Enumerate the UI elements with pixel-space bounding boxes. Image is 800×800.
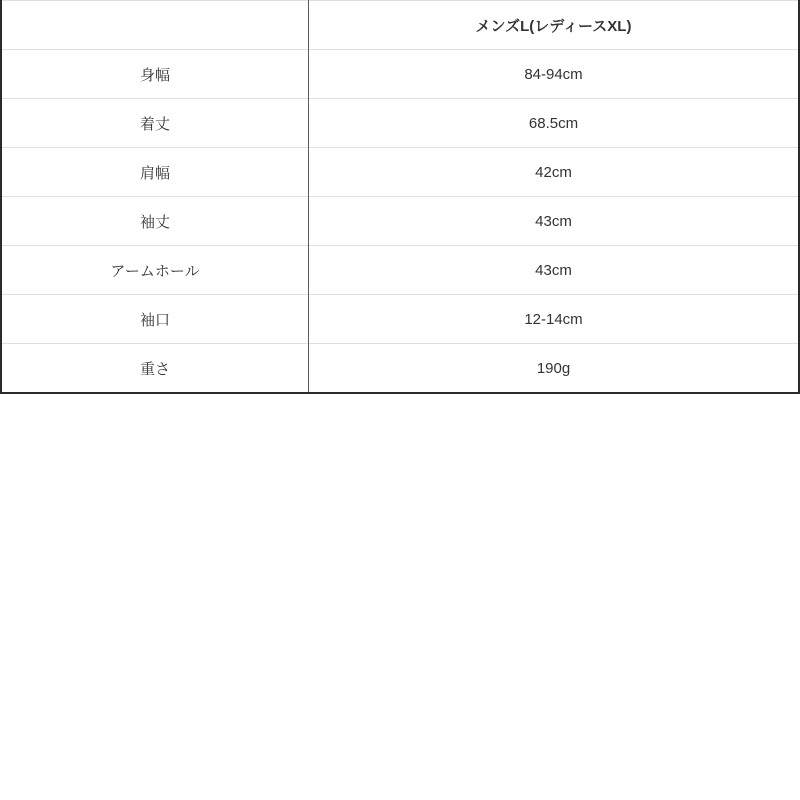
- measurement-label: 着丈: [1, 99, 309, 148]
- measurement-label: 肩幅: [1, 148, 309, 197]
- size-chart-row: 着丈68.5cm: [1, 99, 799, 148]
- measurement-label: 袖口: [1, 295, 309, 344]
- measurement-label: 身幅: [1, 50, 309, 99]
- size-chart-header-row: メンズL(レディースXL): [1, 1, 799, 50]
- measurement-label: 袖丈: [1, 197, 309, 246]
- header-cell-measurement: [1, 1, 309, 50]
- measurement-label: 重さ: [1, 344, 309, 394]
- size-chart-table: メンズL(レディースXL) 身幅84-94cm着丈68.5cm肩幅42cm袖丈4…: [0, 0, 800, 394]
- measurement-value: 68.5cm: [309, 99, 800, 148]
- measurement-label: アームホール: [1, 246, 309, 295]
- size-chart-row: アームホール43cm: [1, 246, 799, 295]
- size-chart-row: 袖丈43cm: [1, 197, 799, 246]
- size-chart-row: 袖口12-14cm: [1, 295, 799, 344]
- header-cell-size: メンズL(レディースXL): [309, 1, 800, 50]
- measurement-value: 190g: [309, 344, 800, 394]
- size-chart-row: 肩幅42cm: [1, 148, 799, 197]
- size-chart-row: 身幅84-94cm: [1, 50, 799, 99]
- size-chart-row: 重さ190g: [1, 344, 799, 394]
- measurement-value: 43cm: [309, 197, 800, 246]
- measurement-value: 42cm: [309, 148, 800, 197]
- measurement-value: 84-94cm: [309, 50, 800, 99]
- measurement-value: 43cm: [309, 246, 800, 295]
- measurement-value: 12-14cm: [309, 295, 800, 344]
